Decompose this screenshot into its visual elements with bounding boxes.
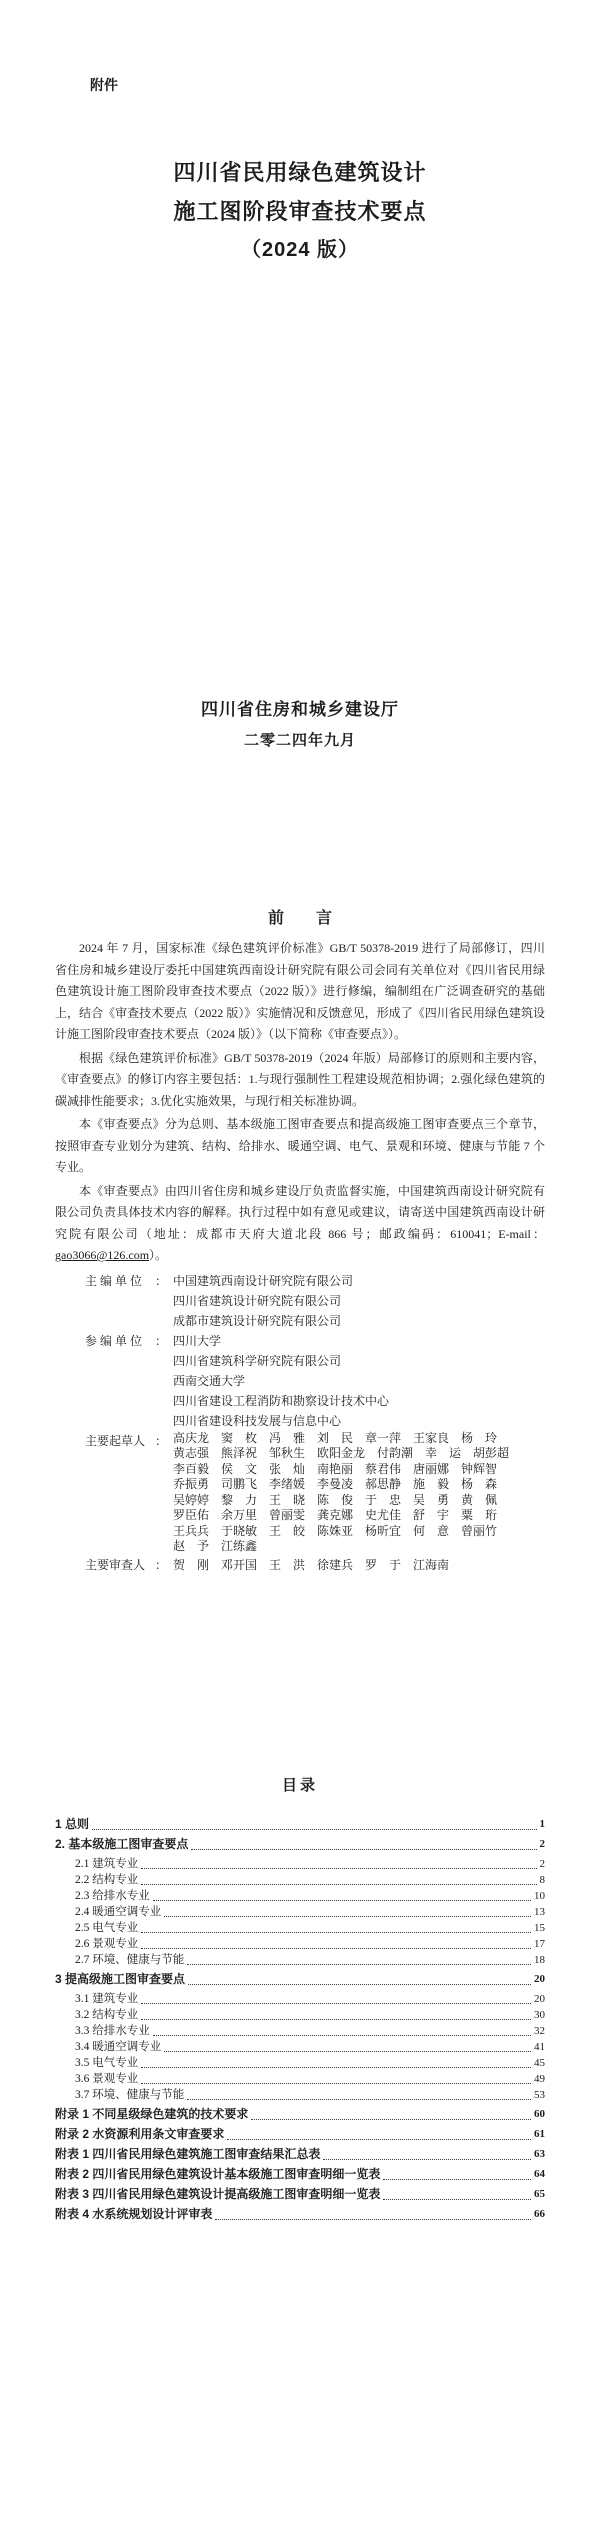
toc-page-number: 10 — [534, 1888, 545, 1904]
leader-dots — [141, 1884, 536, 1885]
toc-entry-label: 附表 2 四川省民用绿色建筑设计基本级施工图审查明细一览表 — [55, 2166, 380, 2183]
toc-entry-label: 附录 1 不同星级绿色建筑的技术要求 — [55, 2106, 248, 2123]
toc-entry-label: 3.7 环境、健康与节能 — [75, 2087, 184, 2103]
toc-entry[interactable]: 附录 2 水资源利用条文审查要求 61 — [55, 2126, 545, 2143]
toc-entry[interactable]: 3.1 建筑专业 20 — [55, 1991, 545, 2007]
toc-page-number: 32 — [534, 2023, 545, 2039]
toc-page-number: 65 — [534, 2186, 545, 2203]
toc-entry-label: 3.3 给排水专业 — [75, 2023, 150, 2039]
leader-dots — [141, 2083, 531, 2084]
toc-entry[interactable]: 2. 基本级施工图审查要点 2 — [55, 1836, 545, 1853]
leader-dots — [153, 1900, 531, 1901]
toc-entry-label: 3.4 暖通空调专业 — [75, 2039, 161, 2055]
leader-dots — [383, 2179, 531, 2180]
cover-title-edition: （2024 版） — [0, 231, 600, 270]
toc-entry[interactable]: 3.4 暖通空调专业 41 — [55, 2039, 545, 2055]
toc-page-number: 30 — [534, 2007, 545, 2023]
toc-page-number: 63 — [534, 2146, 545, 2163]
credit-line: 四川省建设科技发展与信息中心 — [173, 1411, 545, 1431]
credit-colon: ： — [155, 1431, 173, 1555]
toc-page-number: 20 — [534, 1971, 545, 1988]
preface-paragraph-4: 本《审查要点》由四川省住房和城乡建设厅负责监督实施，中国建筑西南设计研究院有限公… — [55, 1181, 545, 1267]
toc-entry-label: 2.3 给排水专业 — [75, 1888, 150, 1904]
email-link[interactable]: gao3066@126.com — [55, 1248, 149, 1262]
toc-entry[interactable]: 附表 1 四川省民用绿色建筑施工图审查结果汇总表 63 — [55, 2146, 545, 2163]
credit-line: 四川省建筑设计研究院有限公司 — [173, 1291, 545, 1311]
credit-label: 主要起草人 — [85, 1431, 155, 1555]
toc-entry[interactable]: 附表 2 四川省民用绿色建筑设计基本级施工图审查明细一览表 64 — [55, 2166, 545, 2183]
toc-entry[interactable]: 附表 3 四川省民用绿色建筑设计提高级施工图审查明细一览表 65 — [55, 2186, 545, 2203]
toc-page-number: 64 — [534, 2166, 545, 2183]
toc-entry-label: 2.1 建筑专业 — [75, 1856, 138, 1872]
toc-entry[interactable]: 2.5 电气专业 15 — [55, 1920, 545, 1936]
reviewer-names-row: 贺 刚 邓开国 王 洪 徐建兵 罗 于 江海南 — [173, 1555, 545, 1575]
credit-line: 四川省建设工程消防和勘察设计技术中心 — [173, 1391, 545, 1411]
credit-row-drafters: 主要起草人 ： 高庆龙 窦 枚 冯 雅 刘 民 章一萍 王家良 杨 玲 黄志强 … — [55, 1431, 545, 1555]
preface-paragraph-3: 本《审查要点》分为总则、基本级施工图审查要点和提高级施工图审查要点三个章节，按照… — [55, 1114, 545, 1179]
preface-heading: 前 言 — [55, 908, 545, 930]
toc-entry[interactable]: 3.3 给排水专业 32 — [55, 2023, 545, 2039]
leader-dots — [141, 2019, 531, 2020]
drafter-names-row: 李百毅 侯 文 张 灿 南艳丽 蔡君伟 唐丽娜 钟辉智 — [173, 1462, 545, 1478]
preface-section: 前 言 2024 年 7 月，国家标准《绿色建筑评价标准》GB/T 50378-… — [0, 908, 600, 1575]
toc-entry-label: 2.6 景观专业 — [75, 1936, 138, 1952]
toc-entry[interactable]: 2.7 环境、健康与节能 18 — [55, 1952, 545, 1968]
toc-entry-label: 2.4 暖通空调专业 — [75, 1904, 161, 1920]
toc-entry-label: 2.2 结构专业 — [75, 1872, 138, 1888]
toc-page-number: 2 — [540, 1836, 546, 1853]
leader-dots — [164, 1916, 531, 1917]
toc-entry[interactable]: 2.2 结构专业 8 — [55, 1872, 545, 1888]
leader-dots — [383, 2199, 531, 2200]
toc-entry-label: 附录 2 水资源利用条文审查要求 — [55, 2126, 224, 2143]
cover-title-line2: 施工图阶段审查技术要点 — [0, 192, 600, 231]
toc-page-number: 13 — [534, 1904, 545, 1920]
credit-line: 西南交通大学 — [173, 1371, 545, 1391]
toc-page-number: 66 — [534, 2206, 545, 2223]
leader-dots — [141, 1932, 531, 1933]
credit-row-co-editors: 参 编 单 位 ： 四川大学 四川省建筑科学研究院有限公司 西南交通大学 四川省… — [55, 1331, 545, 1431]
drafter-names-row: 黄志强 熊泽祝 邹秋生 欧阳金龙 付韵潮 幸 运 胡彭超 — [173, 1446, 545, 1462]
drafter-names-row: 乔振勇 司鹏飞 李绪媛 李曼凌 郝思静 施 毅 杨 森 — [173, 1477, 545, 1493]
toc-entry[interactable]: 2.3 给排水专业 10 — [55, 1888, 545, 1904]
credit-line: 成都市建筑设计研究院有限公司 — [173, 1311, 545, 1331]
toc-entry-label: 3 提高级施工图审查要点 — [55, 1971, 185, 1988]
publish-date: 二零二四年九月 — [0, 730, 600, 752]
preface-paragraph-4-end: ）。 — [149, 1248, 167, 1262]
cover-title: 四川省民用绿色建筑设计 施工图阶段审查技术要点 （2024 版） — [0, 153, 600, 270]
drafter-names-row: 高庆龙 窦 枚 冯 雅 刘 民 章一萍 王家良 杨 玲 — [173, 1431, 545, 1447]
toc-entry-label: 2.7 环境、健康与节能 — [75, 1952, 184, 1968]
toc-page-number: 8 — [540, 1872, 546, 1888]
toc-entry[interactable]: 附录 1 不同星级绿色建筑的技术要求 60 — [55, 2106, 545, 2123]
toc-section: 目录 1 总则 1 2. 基本级施工图审查要点 2 2.1 建筑专业 2 2.2… — [0, 1776, 600, 2226]
toc-page-number: 53 — [534, 2087, 545, 2103]
credits-block: 主 编 单 位 ： 中国建筑西南设计研究院有限公司 四川省建筑设计研究院有限公司… — [55, 1271, 545, 1575]
toc-entry[interactable]: 1 总则 1 — [55, 1816, 545, 1833]
leader-dots — [187, 2099, 531, 2100]
annex-label: 附件 — [90, 75, 118, 95]
leader-dots — [323, 2159, 531, 2160]
issuer-name: 四川省住房和城乡建设厅 — [0, 699, 600, 721]
leader-dots — [191, 1849, 536, 1850]
toc-entry-label: 3.1 建筑专业 — [75, 1991, 138, 2007]
credit-colon: ： — [155, 1271, 173, 1331]
toc-entry-label: 1 总则 — [55, 1816, 89, 1833]
toc-entry-label: 2. 基本级施工图审查要点 — [55, 1836, 188, 1853]
drafter-names-row: 王兵兵 于晓敏 王 皎 陈姝亚 杨昕宜 何 意 曾丽竹 — [173, 1524, 545, 1540]
leader-dots — [153, 2035, 531, 2036]
toc-entry-label: 3.2 结构专业 — [75, 2007, 138, 2023]
cover-title-line1: 四川省民用绿色建筑设计 — [0, 153, 600, 192]
leader-dots — [164, 2051, 531, 2052]
credit-colon: ： — [155, 1555, 173, 1575]
toc-page-number: 20 — [534, 1991, 545, 2007]
preface-paragraph-2: 根据《绿色建筑评价标准》GB/T 50378-2019（2024 年版）局部修订… — [55, 1048, 545, 1113]
credit-row-reviewers: 主要审查人 ： 贺 刚 邓开国 王 洪 徐建兵 罗 于 江海南 — [55, 1555, 545, 1575]
drafter-names-row: 吴婷婷 黎 力 王 晓 陈 俊 于 忠 吴 勇 黄 佩 — [173, 1493, 545, 1509]
toc-page-number: 17 — [534, 1936, 545, 1952]
drafter-names-row: 罗臣佑 余万里 曾丽雯 龚克娜 史尤佳 舒 宇 粟 珩 — [173, 1508, 545, 1524]
toc-page-number: 18 — [534, 1952, 545, 1968]
toc-page-number: 2 — [540, 1856, 546, 1872]
toc-entry-label: 2.5 电气专业 — [75, 1920, 138, 1936]
leader-dots — [141, 2067, 531, 2068]
toc-entry-label: 3.6 景观专业 — [75, 2071, 138, 2087]
drafter-names-row: 赵 予 江练鑫 — [173, 1539, 545, 1555]
leader-dots — [188, 1984, 531, 1985]
toc-page-number: 49 — [534, 2071, 545, 2087]
toc-entry[interactable]: 3 提高级施工图审查要点 20 — [55, 1971, 545, 1988]
toc-page-number: 1 — [540, 1816, 546, 1833]
credit-line: 中国建筑西南设计研究院有限公司 — [173, 1271, 545, 1291]
toc-page-number: 45 — [534, 2055, 545, 2071]
toc-entry-label: 附表 4 水系统规划设计评审表 — [55, 2206, 212, 2223]
toc-entry[interactable]: 3.6 景观专业 49 — [55, 2071, 545, 2087]
toc-heading: 目录 — [55, 1776, 545, 1796]
credit-label: 主要审查人 — [85, 1555, 155, 1575]
credit-line: 四川省建筑科学研究院有限公司 — [173, 1351, 545, 1371]
toc-page-number: 41 — [534, 2039, 545, 2055]
toc-page-number: 15 — [534, 1920, 545, 1936]
leader-dots — [227, 2139, 531, 2140]
toc-entry-label: 附表 3 四川省民用绿色建筑设计提高级施工图审查明细一览表 — [55, 2186, 380, 2203]
credit-line: 四川大学 — [173, 1331, 545, 1351]
toc-entry[interactable]: 3.2 结构专业 30 — [55, 2007, 545, 2023]
toc-entry[interactable]: 3.5 电气专业 45 — [55, 2055, 545, 2071]
leader-dots — [92, 1829, 536, 1830]
leader-dots — [251, 2119, 531, 2120]
credit-label: 参 编 单 位 — [85, 1331, 155, 1431]
leader-dots — [215, 2219, 531, 2220]
leader-dots — [141, 1948, 531, 1949]
toc-entry[interactable]: 附表 4 水系统规划设计评审表 66 — [55, 2206, 545, 2223]
toc-entry-label: 附表 1 四川省民用绿色建筑施工图审查结果汇总表 — [55, 2146, 320, 2163]
toc-page-number: 60 — [534, 2106, 545, 2123]
preface-paragraph-1: 2024 年 7 月，国家标准《绿色建筑评价标准》GB/T 50378-2019… — [55, 938, 545, 1046]
toc-page-number: 61 — [534, 2126, 545, 2143]
toc-entry[interactable]: 2.1 建筑专业 2 — [55, 1856, 545, 1872]
toc-entry-label: 3.5 电气专业 — [75, 2055, 138, 2071]
credit-colon: ： — [155, 1331, 173, 1431]
cover-issuer-block: 四川省住房和城乡建设厅 二零二四年九月 — [0, 699, 600, 752]
preface-paragraph-4-text: 本《审查要点》由四川省住房和城乡建设厅负责监督实施，中国建筑西南设计研究院有限公… — [55, 1184, 545, 1241]
leader-dots — [141, 1868, 536, 1869]
toc-entry[interactable]: 3.7 环境、健康与节能 53 — [55, 2087, 545, 2103]
toc-entry[interactable]: 2.6 景观专业 17 — [55, 1936, 545, 1952]
credit-row-chief-editor: 主 编 单 位 ： 中国建筑西南设计研究院有限公司 四川省建筑设计研究院有限公司… — [55, 1271, 545, 1331]
leader-dots — [141, 2003, 531, 2004]
credit-label: 主 编 单 位 — [85, 1271, 155, 1331]
leader-dots — [187, 1964, 531, 1965]
toc-entry[interactable]: 2.4 暖通空调专业 13 — [55, 1904, 545, 1920]
